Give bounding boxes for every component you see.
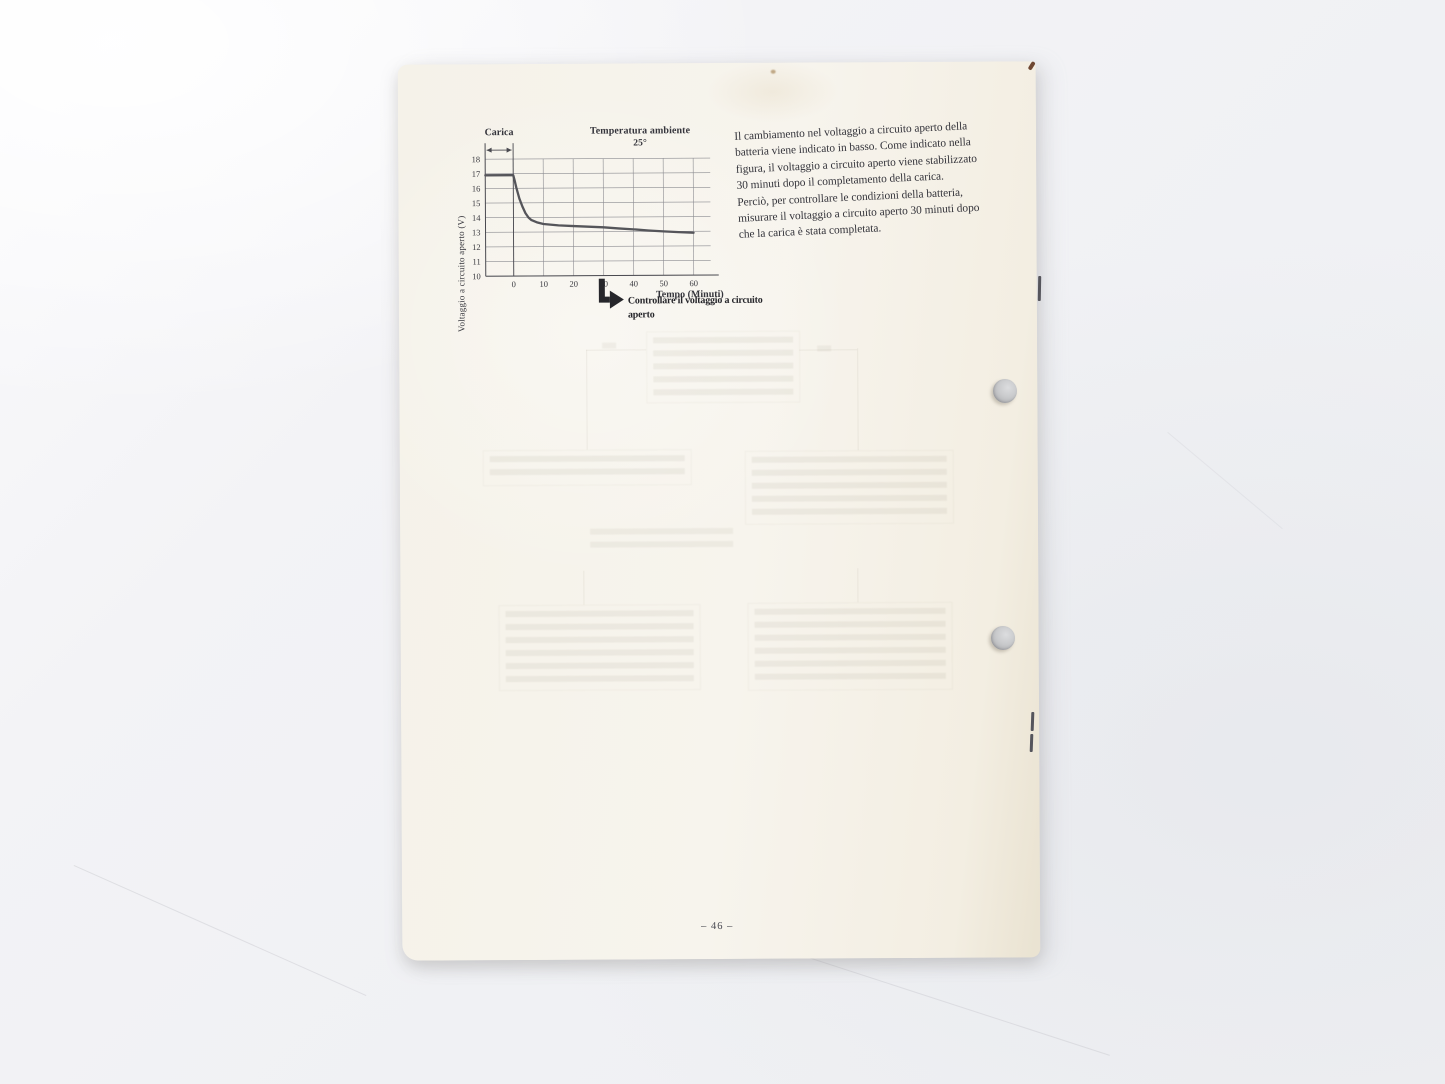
ghost-showthrough-text [590,528,733,555]
ghost-connector-line [857,568,858,602]
svg-text:40: 40 [630,278,639,288]
page-number: – 46 – [687,921,747,932]
ghost-showthrough-box [483,449,692,486]
svg-text:17: 17 [472,169,481,179]
svg-text:10: 10 [472,271,481,281]
svg-text:0: 0 [512,279,516,289]
ghost-showthrough-box [747,602,952,691]
svg-text:14: 14 [472,213,481,223]
ghost-connector-line [583,571,584,605]
chart-title-text: Temperatura ambiente [565,125,715,138]
ghost-connector-line [857,348,859,450]
photo-backdrop: Carica Temperatura ambiente 25° Voltaggi… [0,0,1445,1084]
svg-text:10: 10 [540,279,549,289]
svg-text:18: 18 [472,154,481,164]
chart-plot: 1011121314151617180102030405060 [453,140,734,301]
svg-text:11: 11 [472,257,480,267]
carica-annotation: Carica [479,127,519,138]
backdrop-scratch [1167,432,1283,529]
svg-text:20: 20 [570,279,579,289]
chart-plot-area: 1011121314151617180102030405060 [453,140,734,306]
svg-text:13: 13 [472,227,481,237]
callout-text: Controllare il voltaggio a circuito aper… [628,293,818,321]
binder-post [991,626,1015,650]
svg-text:12: 12 [472,242,481,252]
ink-speck [1028,61,1036,71]
ghost-connector-line [799,349,857,350]
paper-stain-dot [771,70,776,74]
manual-page: Carica Temperatura ambiente 25° Voltaggi… [398,61,1041,960]
binder-post [993,379,1017,403]
svg-text:16: 16 [472,183,481,193]
elbow-arrow-icon [597,278,629,310]
ghost-showthrough-box [745,450,954,525]
svg-text:15: 15 [472,198,481,208]
callout-line: Controllare il voltaggio a circuito [628,293,818,307]
staple [1030,734,1034,752]
ghost-showthrough-box [498,604,700,691]
backdrop-scratch [74,865,367,996]
body-paragraph: Il cambiamento nel voltaggio a circuito … [734,116,1015,243]
svg-text:60: 60 [690,278,699,288]
callout-line: aperto [628,307,818,321]
svg-text:50: 50 [660,278,669,288]
staple [1038,276,1041,301]
voltage-chart: Carica Temperatura ambiente 25° Voltaggi… [453,121,744,373]
